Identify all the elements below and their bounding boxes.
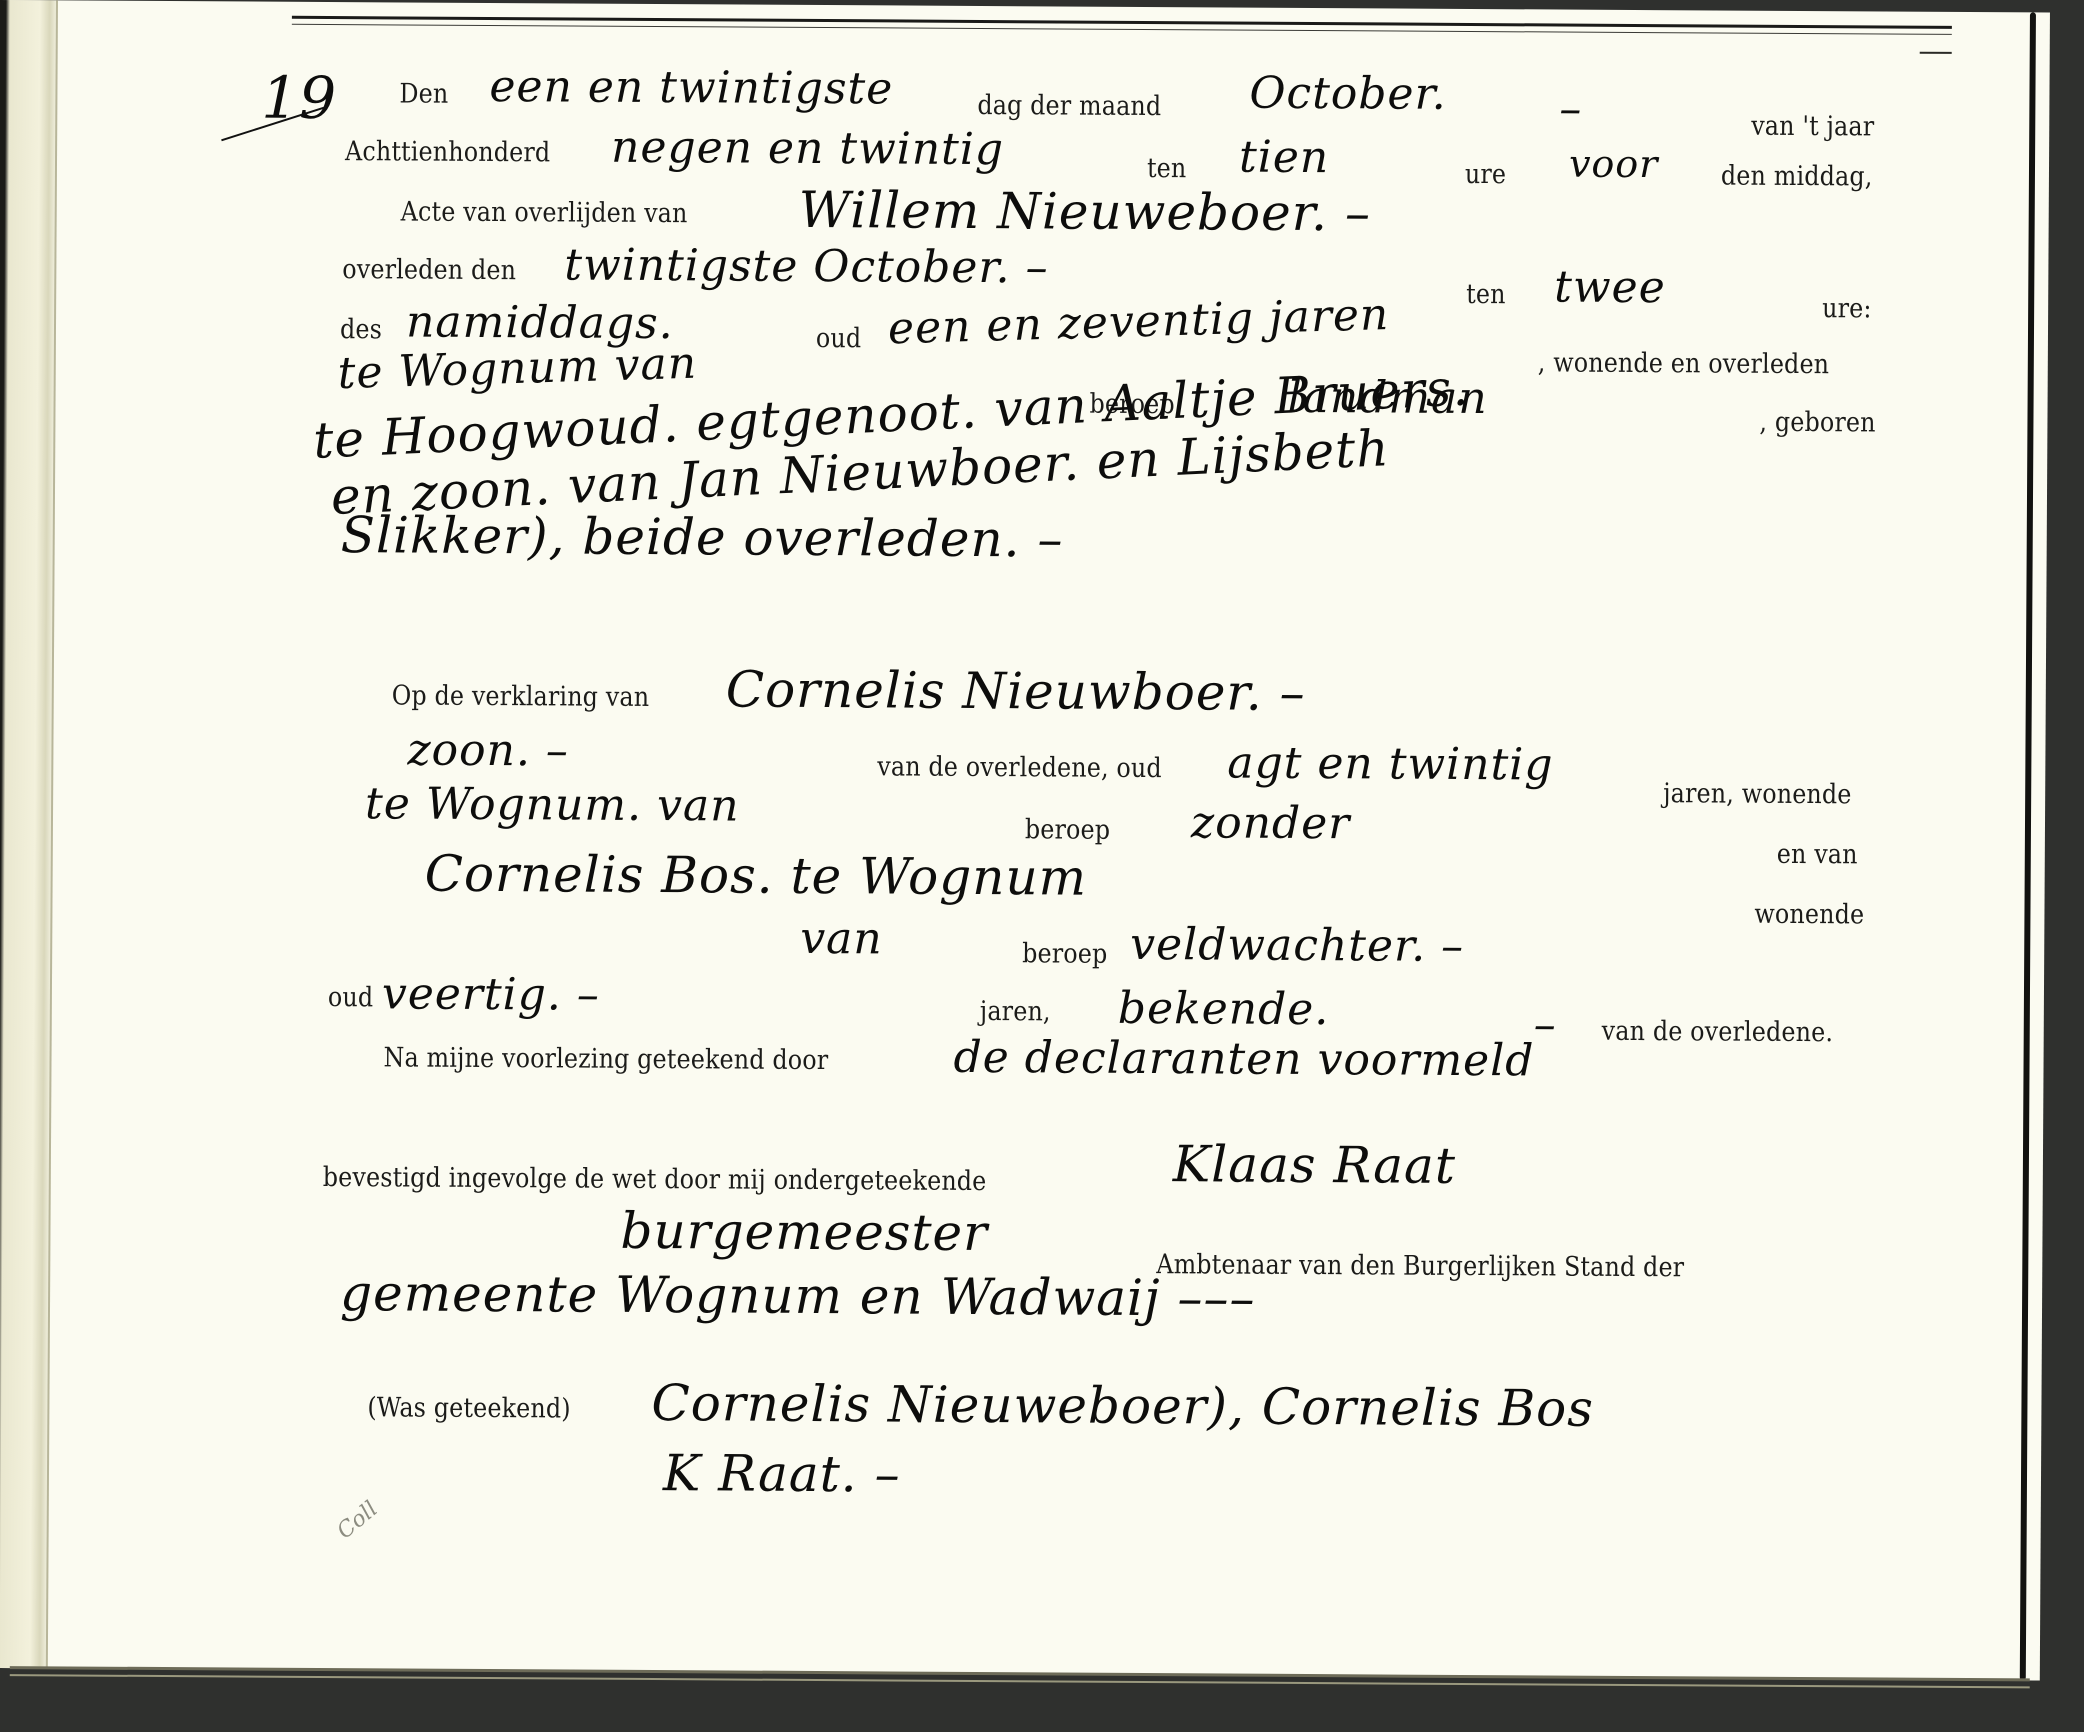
pencil-annotation: Coll (333, 1497, 383, 1544)
print-jaren-wonende: jaren, wonende (1663, 778, 1852, 810)
print-overleden-den: overleden den (342, 254, 516, 286)
hand-death-hour: twee (1554, 262, 1666, 314)
hand-occupation-declarant-2: veldwachter. – (1130, 919, 1464, 972)
hand-signature-raat: K Raat. – (663, 1444, 901, 1503)
hand-municipality: gemeente Wognum en Wadwaij ––– (340, 1264, 1256, 1328)
hand-voor: voor (1569, 142, 1659, 187)
hand-hour: tien (1239, 132, 1329, 184)
hand-signatures: Cornelis Nieuweboer), Cornelis Bos (651, 1374, 1594, 1438)
print-beroep-declarant-1: beroep (1025, 814, 1110, 846)
hand-residence-declarant-1: te Wognum. van (365, 778, 740, 831)
hand-year: negen en twintig (611, 122, 1004, 175)
hand-relation-1: zoon. – (407, 725, 569, 777)
header-rule-tail (1920, 52, 1952, 54)
print-wonende-en-overleden: , wonende en overleden (1538, 347, 1830, 380)
print-wonende: wonende (1754, 899, 1864, 931)
hand-declarant-1: Cornelis Nieuwboer. – (726, 660, 1306, 722)
hand-dash-2: – (1534, 999, 1557, 1050)
print-van-de-overledene-oud: van de overledene, oud (877, 751, 1162, 784)
hand-parents-cont: Slikker), beide overleden. – (341, 506, 1064, 568)
hand-month: October. (1249, 68, 1447, 120)
print-van-t-jaar: van 't jaar (1751, 111, 1874, 143)
hand-deceased-name: Willem Nieuweboer. – (799, 181, 1372, 242)
print-ure: ure (1465, 159, 1506, 190)
print-beroep-declarant-2: beroep (1022, 938, 1107, 970)
hand-official-name: Klaas Raat (1173, 1135, 1456, 1195)
hand-dash: – (1559, 84, 1582, 135)
hand-day: een en twintigste (489, 61, 893, 114)
print-geboren: , geboren (1759, 407, 1875, 439)
print-ten: ten (1147, 153, 1187, 184)
print-oud-2: oud (328, 982, 374, 1013)
hand-age: een en zeventig jaren (887, 289, 1390, 354)
print-acte-van-overlijden: Acte van overlijden van (401, 196, 688, 229)
header-rule-thick (292, 16, 1952, 29)
hand-age-declarant-1: agt en twintig (1227, 738, 1553, 791)
print-bevestigd: bevestigd ingevolge de wet door mij onde… (323, 1162, 987, 1197)
print-den-middag: den middag, (1721, 161, 1873, 193)
hand-occupation-declarant-1: zonder (1191, 797, 1351, 849)
print-des: des (340, 314, 382, 345)
hand-official-title: burgemeester (620, 1202, 988, 1262)
hand-residence: te Wognum van (337, 338, 698, 399)
print-was-geteekend: (Was geteekend) (367, 1392, 571, 1424)
print-ten-2: ten (1466, 279, 1506, 310)
print-na-mijne-voorlezing: Na mijne voorlezing geteekend door (383, 1042, 828, 1076)
print-oud: oud (816, 323, 862, 354)
print-en-van: en van (1777, 839, 1858, 870)
print-den: Den (399, 78, 448, 109)
hand-age-declarant-2: veertig. – (382, 968, 600, 1020)
print-van-de-overledene: van de overledene. (1602, 1016, 1834, 1048)
hand-signed-by: de declaranten voormeld (953, 1032, 1534, 1087)
print-jaren: jaren, (980, 996, 1051, 1027)
print-dag-der-maand: dag der maand (977, 90, 1161, 122)
register-page: 19 Den een en twintigste dag der maand O… (0, 0, 2050, 1680)
page-edge-right (2020, 12, 2036, 1680)
print-achttienhonderd: Achttienhonderd (345, 136, 550, 168)
print-ure-2: ure: (1822, 293, 1872, 324)
print-op-de-verklaring: Op de verklaring van (392, 680, 650, 713)
hand-declarant-2: Cornelis Bos. te Wognum (424, 845, 1087, 907)
hand-van: van (800, 913, 883, 965)
hand-death-date: twintigste October. – (564, 239, 1049, 293)
hand-relation-2: bekende. (1118, 983, 1330, 1035)
page-edge-bottom (10, 1666, 2030, 1681)
